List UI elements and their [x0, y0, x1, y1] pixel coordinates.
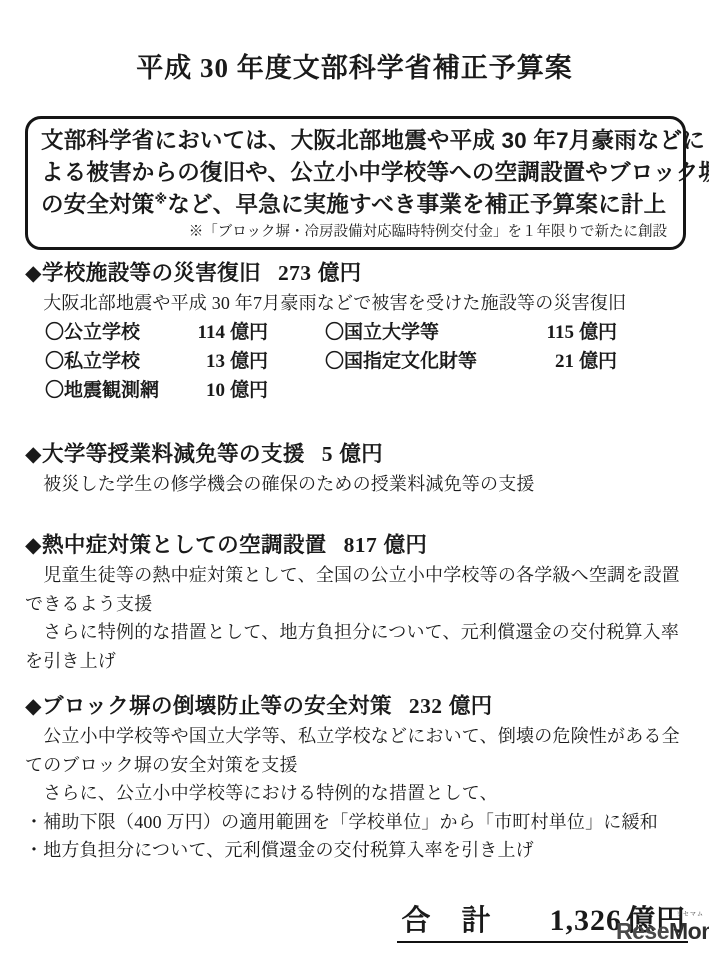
- item-amount: 13億円: [206, 351, 268, 372]
- section-amount: 232 億円: [409, 694, 493, 718]
- item-label: 〇地震観測網: [45, 380, 159, 401]
- summary-line-text: の安全対策: [41, 192, 155, 217]
- budget-item: 〇地震観測網10億円: [45, 380, 268, 401]
- section-amount: 273 億円: [278, 261, 362, 285]
- budget-items-grid: 〇公立学校114億円 〇国立大学等115億円 〇私立学校13億円 〇国指定文化財…: [45, 322, 688, 401]
- item-label: 〇私立学校: [45, 351, 140, 372]
- diamond-icon: ◆: [25, 533, 42, 557]
- section-amount: 5 億円: [322, 442, 383, 466]
- budget-item: 〇国指定文化財等21億円: [325, 351, 617, 372]
- bullet-item: ・地方負担分について、元利償還金の交付税算入率を引き上げ: [25, 836, 688, 865]
- diamond-icon: ◆: [25, 442, 42, 466]
- section-air-conditioning: ◆熱中症対策としての空調設置817 億円 児童生徒等の熱中症対策として、全国の公…: [25, 532, 688, 675]
- budget-item: 〇私立学校13億円: [45, 351, 268, 372]
- resemom-watermark-logo: リセマム ReseMom.: [616, 912, 708, 944]
- page-title: 平成 30 年度文部科学省補正予算案: [0, 50, 709, 86]
- diamond-icon: ◆: [25, 694, 42, 718]
- section-heading: ◆大学等授業料減免等の支援5 億円: [25, 441, 688, 467]
- item-label: 〇公立学校: [45, 322, 140, 343]
- section-amount: 817 億円: [344, 533, 428, 557]
- section-description: 公立小中学校等や国立大学等、私立学校などにおいて、倒壊の危険性がある全てのブロッ…: [25, 722, 688, 779]
- budget-item: 〇国立大学等115億円: [325, 322, 617, 343]
- document-body: ◆学校施設等の災害復旧273 億円 大阪北部地震や平成 30 年7月豪雨などで被…: [0, 260, 709, 865]
- section-title: 大学等授業料減免等の支援: [42, 442, 305, 466]
- reference-mark: ※: [155, 192, 168, 207]
- box-footnote: ※「ブロック塀・冷房設備対応臨時特例交付金」を１年限りで新たに創設: [41, 223, 667, 242]
- summary-line: の安全対策※など、早急に実施すべき事業を補正予算案に計上: [41, 189, 671, 221]
- section-heading: ◆ブロック塀の倒壊防止等の安全対策232 億円: [25, 693, 688, 719]
- bullet-item: ・補助下限（400 万円）の適用範囲を「学校単位」から「市町村単位」に緩和: [25, 808, 688, 837]
- summary-box: 文部科学省においては、大阪北部地震や平成 30 年7月豪雨などに よる被害からの…: [25, 116, 686, 250]
- section-description: さらに特例的な措置として、地方負担分について、元利償還金の交付税算入率を引き上げ: [25, 618, 688, 675]
- item-label: 〇国立大学等: [325, 322, 439, 343]
- section-description: 大阪北部地震や平成 30 年7月豪雨などで被害を受けた施設等の災害復旧: [25, 289, 688, 318]
- summary-line-text: など、早急に実施すべき事業を補正予算案に計上: [167, 192, 666, 217]
- summary-line: 文部科学省においては、大阪北部地震や平成 30 年7月豪雨などに: [41, 125, 671, 157]
- section-title: 学校施設等の災害復旧: [42, 261, 261, 285]
- section-heading: ◆学校施設等の災害復旧273 億円: [25, 260, 688, 286]
- section-heading: ◆熱中症対策としての空調設置817 億円: [25, 532, 688, 558]
- section-description: 被災した学生の修学機会の確保のための授業料減免等の支援: [25, 470, 688, 499]
- summary-line: よる被害からの復旧や、公立小中学校等への空調設置やブロック塀: [41, 157, 671, 189]
- item-amount: 114億円: [198, 322, 268, 343]
- budget-item: 〇公立学校114億円: [45, 322, 268, 343]
- item-amount: 10億円: [206, 380, 268, 401]
- section-disaster-recovery: ◆学校施設等の災害復旧273 億円 大阪北部地震や平成 30 年7月豪雨などで被…: [25, 260, 688, 401]
- section-description: 児童生徒等の熱中症対策として、全国の公立小中学校等の各学級へ空調を設置できるよう…: [25, 561, 688, 618]
- total-label: 合 計: [401, 905, 491, 937]
- item-amount: 115億円: [547, 322, 617, 343]
- section-block-wall-safety: ◆ブロック塀の倒壊防止等の安全対策232 億円 公立小中学校等や国立大学等、私立…: [25, 693, 688, 865]
- section-title: 熱中症対策としての空調設置: [42, 533, 327, 557]
- watermark-wordmark: ReseMom.: [616, 919, 708, 944]
- section-title: ブロック塀の倒壊防止等の安全対策: [42, 694, 392, 718]
- item-label: 〇国指定文化財等: [325, 351, 477, 372]
- diamond-icon: ◆: [25, 261, 42, 285]
- section-tuition-support: ◆大学等授業料減免等の支援5 億円 被災した学生の修学機会の確保のための授業料減…: [25, 441, 688, 499]
- section-description: さらに、公立小中学校等における特例的な措置として、: [25, 779, 688, 808]
- document-page: { "page_title": "平成 30 年度文部科学省補正予算案", "s…: [0, 0, 709, 959]
- item-amount: 21億円: [555, 351, 617, 372]
